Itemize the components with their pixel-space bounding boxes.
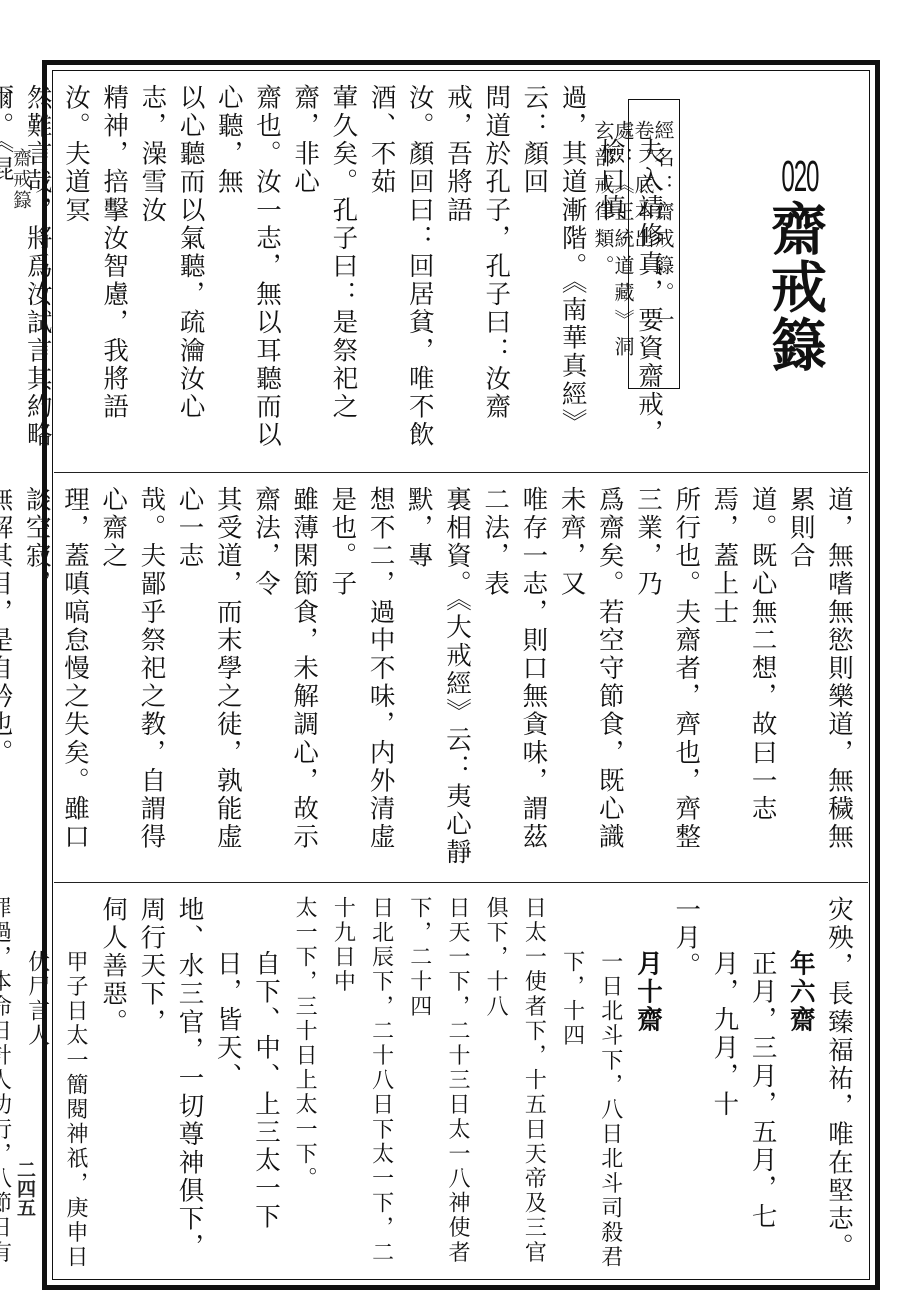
band-top: 020 齋戒籙 經名：齋戒籙。一卷。底本出 處：《正統道藏》洞玄部戒律類。 夫入… bbox=[54, 72, 868, 472]
text-column: 其受道，而末學之徒，孰能虚心一志 bbox=[170, 486, 246, 874]
text-column: 理，蓋嗔嗃怠慢之失矣。雖口談空寂， bbox=[18, 486, 94, 874]
text-column: 唯存一志，則口無貪味，謂茲二法，表 bbox=[476, 486, 552, 874]
text-column: 灾殃，長臻福祐，唯在堅志。 bbox=[820, 896, 858, 1272]
text-column: 精神，掊擊汝智慮，我將語汝。夫道冥 bbox=[57, 84, 133, 466]
text-column: 日太一使者下，十五日天帝及三官俱下，十八 bbox=[476, 896, 552, 1272]
text-column: 以心聽而以氣聽，疏瀹汝心志，澡雪汝 bbox=[133, 84, 209, 466]
text-column: 夫入靖修真，要資齋戒，檢口慎 bbox=[592, 84, 668, 466]
text-column: 太一下，三十日上太一下。 bbox=[285, 896, 323, 1272]
section-heading: 年六齋 bbox=[782, 896, 820, 1272]
text-column: 所行也。夫齋者，齊也，齊整三業，乃 bbox=[629, 486, 705, 874]
text-column: 爲齋矣。若空守節食，既心識未齊，又 bbox=[552, 486, 628, 874]
body-text-band-1: 夫入靖修真，要資齋戒，檢口慎過，其道漸階。《南華真經》云：顏回問道於孔子，孔子曰… bbox=[0, 84, 668, 466]
text-column: 一月。 bbox=[667, 896, 705, 1272]
body-text-band-3: 灾殃，長臻福祐，唯在堅志。年六齋正月，三月，五月，七月，九月，十一月。月十齋一日… bbox=[0, 896, 858, 1272]
text-column: 想不二，過中不味，内外清虚是也。子 bbox=[323, 486, 399, 874]
text-column: 自下、中、上三太一下日，皆天、 bbox=[209, 896, 285, 1272]
text-column: 地、水三官，一切尊神俱下，周行天下， bbox=[132, 896, 208, 1272]
text-column: 一日北斗下，八日北斗司殺君下，十四 bbox=[552, 896, 628, 1272]
text-column: 無解其目，是自矜也。 bbox=[0, 486, 18, 874]
text-column: 然難言哉，將爲汝試言其約略爾。《混 bbox=[0, 84, 57, 466]
text-column: 伺人善惡。 bbox=[94, 896, 132, 1272]
text-column: 日北辰下，二十八日下太一下，二十九日中 bbox=[323, 896, 399, 1272]
text-column: 哉。夫鄙乎祭祀之教，自謂得心齋之 bbox=[94, 486, 170, 874]
text-column: 道。既心無二想，故曰一志焉，蓋上士 bbox=[705, 486, 781, 874]
text-column: 日天一下，二十三日太一八神使者下，二十四 bbox=[400, 896, 476, 1272]
band-middle: 道，無嗜無慾則樂道，無穢無累則合道。既心無二想，故曰一志焉，蓋上士所行也。夫齋者… bbox=[54, 474, 868, 880]
section-heading: 月十齋 bbox=[629, 896, 667, 1272]
band-bottom: 灾殃，長臻福祐，唯在堅志。年六齋正月，三月，五月，七月，九月，十一月。月十齋一日… bbox=[54, 884, 868, 1278]
text-column: 罪過，本命日計人功行，八節日有八神記人善 bbox=[0, 896, 18, 1272]
text-column: 正月，三月，五月，七月，九月，十 bbox=[705, 896, 781, 1272]
page-title: 齋戒籙 bbox=[764, 200, 824, 374]
text-column: 問道於孔子，孔子曰：汝齋戒，吾將語 bbox=[439, 84, 515, 466]
text-column: 雖薄閑節食，未解調心，故示齋法，令 bbox=[247, 486, 323, 874]
text-column: 齋也。汝一志，無以耳聽而以心聽，無 bbox=[210, 84, 286, 466]
text-column: 汝。顏回曰：回居貧，唯不飲酒、不茹 bbox=[362, 84, 438, 466]
text-column: 甲子日太一簡閱神祇，庚申日伏尸言人 bbox=[18, 896, 94, 1272]
band-divider-2 bbox=[54, 882, 868, 883]
text-column: 道，無嗜無慾則樂道，無穢無累則合 bbox=[782, 486, 858, 874]
entry-number: 020 bbox=[781, 152, 818, 202]
text-column: 葷久矣。孔子曰：是祭祀之齋，非心 bbox=[286, 84, 362, 466]
body-text-band-2: 道，無嗜無慾則樂道，無穢無累則合道。既心無二想，故曰一志焉，蓋上士所行也。夫齋者… bbox=[0, 486, 858, 874]
text-column: 過，其道漸階。《南華真經》云：顏回 bbox=[515, 84, 591, 466]
band-divider-1 bbox=[54, 472, 868, 473]
text-column: 裏相資。《大戒經》云：夷心靜默，專 bbox=[400, 486, 476, 874]
